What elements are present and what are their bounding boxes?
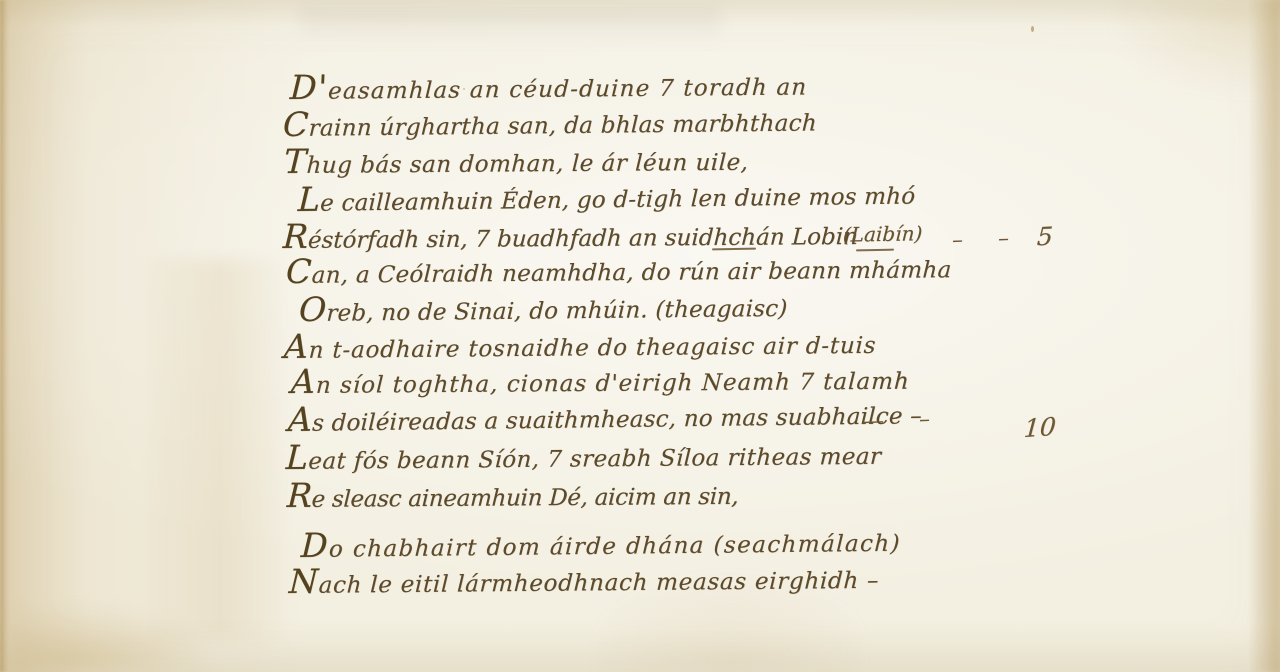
margin-dashes-line10: — – bbox=[862, 407, 945, 435]
paper-stain bbox=[150, 260, 280, 640]
manuscript-line: Le cailleamhuin Éden, go d-tigh len duin… bbox=[297, 172, 916, 219]
paper-stain bbox=[300, 8, 720, 44]
manuscript-line: As doiléireadas a suaithmheasc, no mas s… bbox=[287, 392, 923, 439]
manuscript-page: D'easamhlas an céud-duine 7 toradh an Cr… bbox=[0, 0, 1280, 672]
paper-stain bbox=[1090, 0, 1280, 120]
paper-speck bbox=[1031, 26, 1034, 32]
manuscript-line: Re sleasc aineamhuin Dé, aicim an sin, bbox=[286, 473, 739, 515]
paper-stain bbox=[1250, 0, 1280, 672]
manuscript-line: Leat fós beann Síón, 7 sreabh Síloa rith… bbox=[285, 433, 882, 477]
margin-dashes-line5: – – bbox=[952, 226, 1024, 253]
paper-stain bbox=[10, 600, 230, 672]
manuscript-line: Crainn úrghartha san, da bhlas marbhthac… bbox=[282, 99, 818, 144]
page-left-edge bbox=[0, 0, 9, 672]
line-number-10: 10 bbox=[1023, 412, 1057, 443]
manuscript-line: Nach le eitil lármheodhnach measas eirgh… bbox=[288, 557, 880, 601]
manuscript-line: Can, a Ceólraidh neamhdha, do rún air be… bbox=[285, 246, 952, 291]
line-number-5: 5 bbox=[1036, 222, 1053, 252]
margin-gloss-laibin: (Laibín) bbox=[842, 221, 923, 246]
